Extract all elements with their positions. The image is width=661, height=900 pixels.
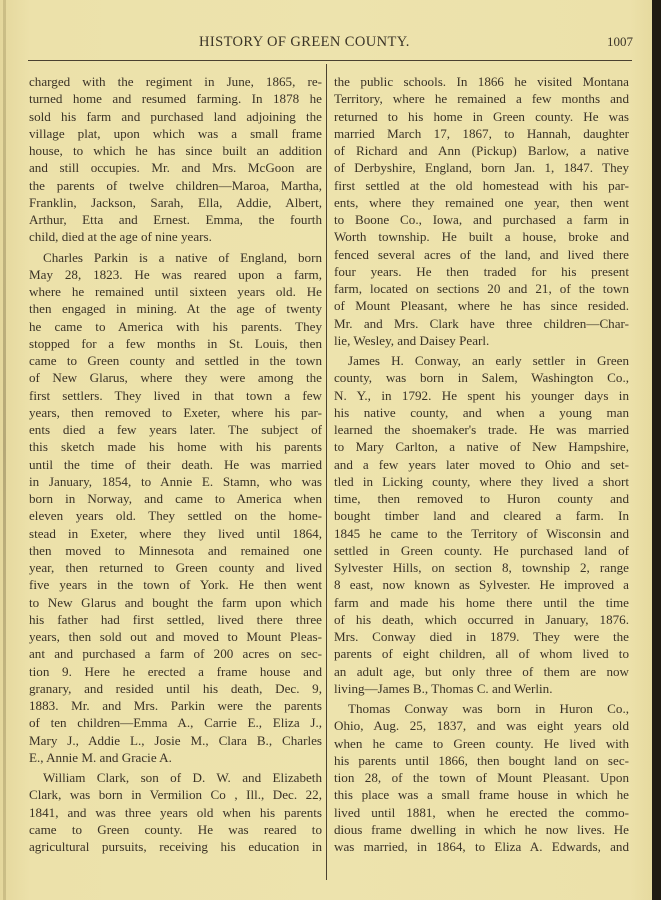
text-line: when he came to Green county. He lived w… — [334, 735, 629, 752]
text-line: settled in Green county. He purchased la… — [334, 542, 629, 559]
text-line: Mr. and Mrs. Clark have three children—C… — [334, 315, 629, 332]
text-line: 1845 he came to the Territory of Wiscons… — [334, 525, 629, 542]
text-line: an adult age, but only three of them are… — [334, 663, 629, 680]
text-line: living—James B., Thomas C. and Werlin. — [334, 680, 629, 697]
text-line: in January, 1854, to Annie E. Stamn, who… — [29, 473, 322, 490]
text-line: parents of eight children, all of whom l… — [334, 645, 629, 662]
running-title: HISTORY OF GREEN COUNTY. — [199, 34, 410, 51]
text-line: of Mount Pleasant, where he has since re… — [334, 297, 629, 314]
text-line: tion 28, of the town of Mount Pleasant. … — [334, 769, 629, 786]
text-line: and still occupies. Mr. and Mrs. McGoon … — [29, 159, 322, 176]
text-line: granary, and resided until his death, De… — [29, 680, 322, 697]
text-line: tled in Licking county, where they lived… — [334, 473, 629, 490]
text-line: his native county, and when a young man — [334, 404, 629, 421]
text-line: of New Glarus, where they were among the — [29, 369, 322, 386]
text-line: this place was a small frame house in wh… — [334, 786, 629, 803]
column-divider — [326, 64, 327, 880]
text-line: N. Y., in 1792. He spent his younger day… — [334, 387, 629, 404]
text-line: house, to which he has since built an ad… — [29, 142, 322, 159]
text-line: ents, where they remained one year, then… — [334, 194, 629, 211]
text-line: May 28, 1823. He was reared upon a farm, — [29, 266, 322, 283]
text-line: sold his farm and purchased land adjoini… — [29, 108, 322, 125]
text-line: stead in Exeter, where they lived until … — [29, 525, 322, 542]
text-line: was married, in 1864, to Eliza A. Edward… — [334, 838, 629, 855]
text-line: of Derbyshire, England, born Jan. 1, 184… — [334, 159, 629, 176]
text-line: lie, Wesley, and Daisey Pearl. — [334, 332, 629, 349]
text-line: years, then sold out and moved to Mount … — [29, 628, 322, 645]
text-line: Ohio, Aug. 25, 1837, and was eight years… — [334, 717, 629, 734]
text-line: bought timber land and cleared a farm. I… — [334, 507, 629, 524]
text-line: charged with the regiment in June, 1865,… — [29, 73, 322, 90]
text-line: stopped for a few months in St. Louis, t… — [29, 335, 322, 352]
text-line: Mrs. Conway died in 1879. They were the — [334, 628, 629, 645]
right-column: the public schools. In 1866 he visited M… — [334, 73, 629, 855]
text-line: Thomas Conway was born in Huron Co., — [334, 700, 629, 717]
left-column: charged with the regiment in June, 1865,… — [29, 73, 322, 855]
text-line: Sylvester Hills, on section 8, township … — [334, 559, 629, 576]
header-rule — [28, 60, 632, 62]
text-line: five years in the town of York. He then … — [29, 576, 322, 593]
text-line: of Richard and Ann (Pickup) Barlow, a na… — [334, 142, 629, 159]
text-line: village plat, upon which was a small fra… — [29, 125, 322, 142]
text-line: Territory, where he remained a few month… — [334, 90, 629, 107]
text-line: fenced several acres of the land, and li… — [334, 246, 629, 263]
text-line: the public schools. In 1866 he visited M… — [334, 73, 629, 90]
text-line: 1841, and was three years old when his p… — [29, 804, 322, 821]
text-line: to Mary Carlton, a native of New Hampshi… — [334, 438, 629, 455]
text-line: tion 9. Here he erected a frame house an… — [29, 663, 322, 680]
text-line: Franklin, Jackson, Sarah, Ella, Addie, A… — [29, 194, 322, 211]
text-line: came to Green county. He was reared to — [29, 821, 322, 838]
text-line: born in Norway, and came to America when — [29, 490, 322, 507]
page-number: 1007 — [607, 34, 633, 50]
text-line: to Boone Co., Iowa, and purchased a farm… — [334, 211, 629, 228]
text-line: farm and made his home there until the t… — [334, 594, 629, 611]
text-line: James H. Conway, an early settler in Gre… — [334, 352, 629, 369]
book-page: HISTORY OF GREEN COUNTY. 1007 charged wi… — [0, 0, 661, 900]
text-line: William Clark, son of D. W. and Elizabet… — [29, 769, 322, 786]
text-line: this sketch made his home with his paren… — [29, 438, 322, 455]
text-line: 1883. Mr. and Mrs. Parkin were the paren… — [29, 697, 322, 714]
text-line: child, died at the age of nine years. — [29, 228, 322, 245]
text-line: Clark, was born in Vermilion Co , Ill., … — [29, 786, 322, 803]
text-line: first settled at the old homestead with … — [334, 177, 629, 194]
text-line: of his death, which occurred in January,… — [334, 611, 629, 628]
text-line: Worth township. He built a house, broke … — [334, 228, 629, 245]
text-line: farm, located on sections 20 and 21, of … — [334, 280, 629, 297]
text-line: married March 17, 1867, to Hannah, daugh… — [334, 125, 629, 142]
text-line: years, then removed to Exeter, where his… — [29, 404, 322, 421]
text-line: lived until 1881, when he erected the co… — [334, 804, 629, 821]
text-line: year, then returned to Green county and … — [29, 559, 322, 576]
text-line: first settlers. They lived in that town … — [29, 387, 322, 404]
text-line: to New Glarus and bought the farm upon w… — [29, 594, 322, 611]
text-line: returned to his home in Green county. He… — [334, 108, 629, 125]
text-line: of ten children—Emma A., Carrie E., Eliz… — [29, 714, 322, 731]
page-right-edge — [652, 0, 661, 900]
text-line: he came to America with his parents. The… — [29, 318, 322, 335]
text-line: his parents until 1866, then bought land… — [334, 752, 629, 769]
text-line: Mary J., Addie L., Josie M., Clara B., C… — [29, 732, 322, 749]
text-line: ents died a few years later. The subject… — [29, 421, 322, 438]
text-line: eleven years old. They settled on the ho… — [29, 507, 322, 524]
text-line: four years. He then traded for his prese… — [334, 263, 629, 280]
text-line: turned home and resumed farming. In 1878… — [29, 90, 322, 107]
text-line: learned the shoemaker's trade. He was ma… — [334, 421, 629, 438]
text-line: county, was born in Salem, Washington Co… — [334, 369, 629, 386]
page-header: HISTORY OF GREEN COUNTY. — [28, 30, 498, 52]
text-line: E., Annie M. and Gracie A. — [29, 749, 322, 766]
text-line: then engaged in mining. At the age of tw… — [29, 300, 322, 317]
text-line: the parents of twelve children—Maroa, Ma… — [29, 177, 322, 194]
text-line: and a few years later moved to Ohio and … — [334, 456, 629, 473]
text-line: until the time of their death. He was ma… — [29, 456, 322, 473]
text-line: Charles Parkin is a native of England, b… — [29, 249, 322, 266]
text-line: ant and purchased a farm of 200 acres on… — [29, 645, 322, 662]
text-line: 8 east, now known as Sylvester. He impro… — [334, 576, 629, 593]
text-line: his father had first settled, lived ther… — [29, 611, 322, 628]
text-line: agricultural pursuits, receiving his edu… — [29, 838, 322, 855]
text-line: time, then removed to Huron county and — [334, 490, 629, 507]
page-binding-edge — [3, 0, 6, 900]
text-line: Arthur, Etta and Ernest. Emma, the fourt… — [29, 211, 322, 228]
text-line: then moved to Minnesota and remained one — [29, 542, 322, 559]
text-line: came to Green county and settled in the … — [29, 352, 322, 369]
text-line: dious frame dwelling in which he now liv… — [334, 821, 629, 838]
text-line: where he remained until sixteen years ol… — [29, 283, 322, 300]
